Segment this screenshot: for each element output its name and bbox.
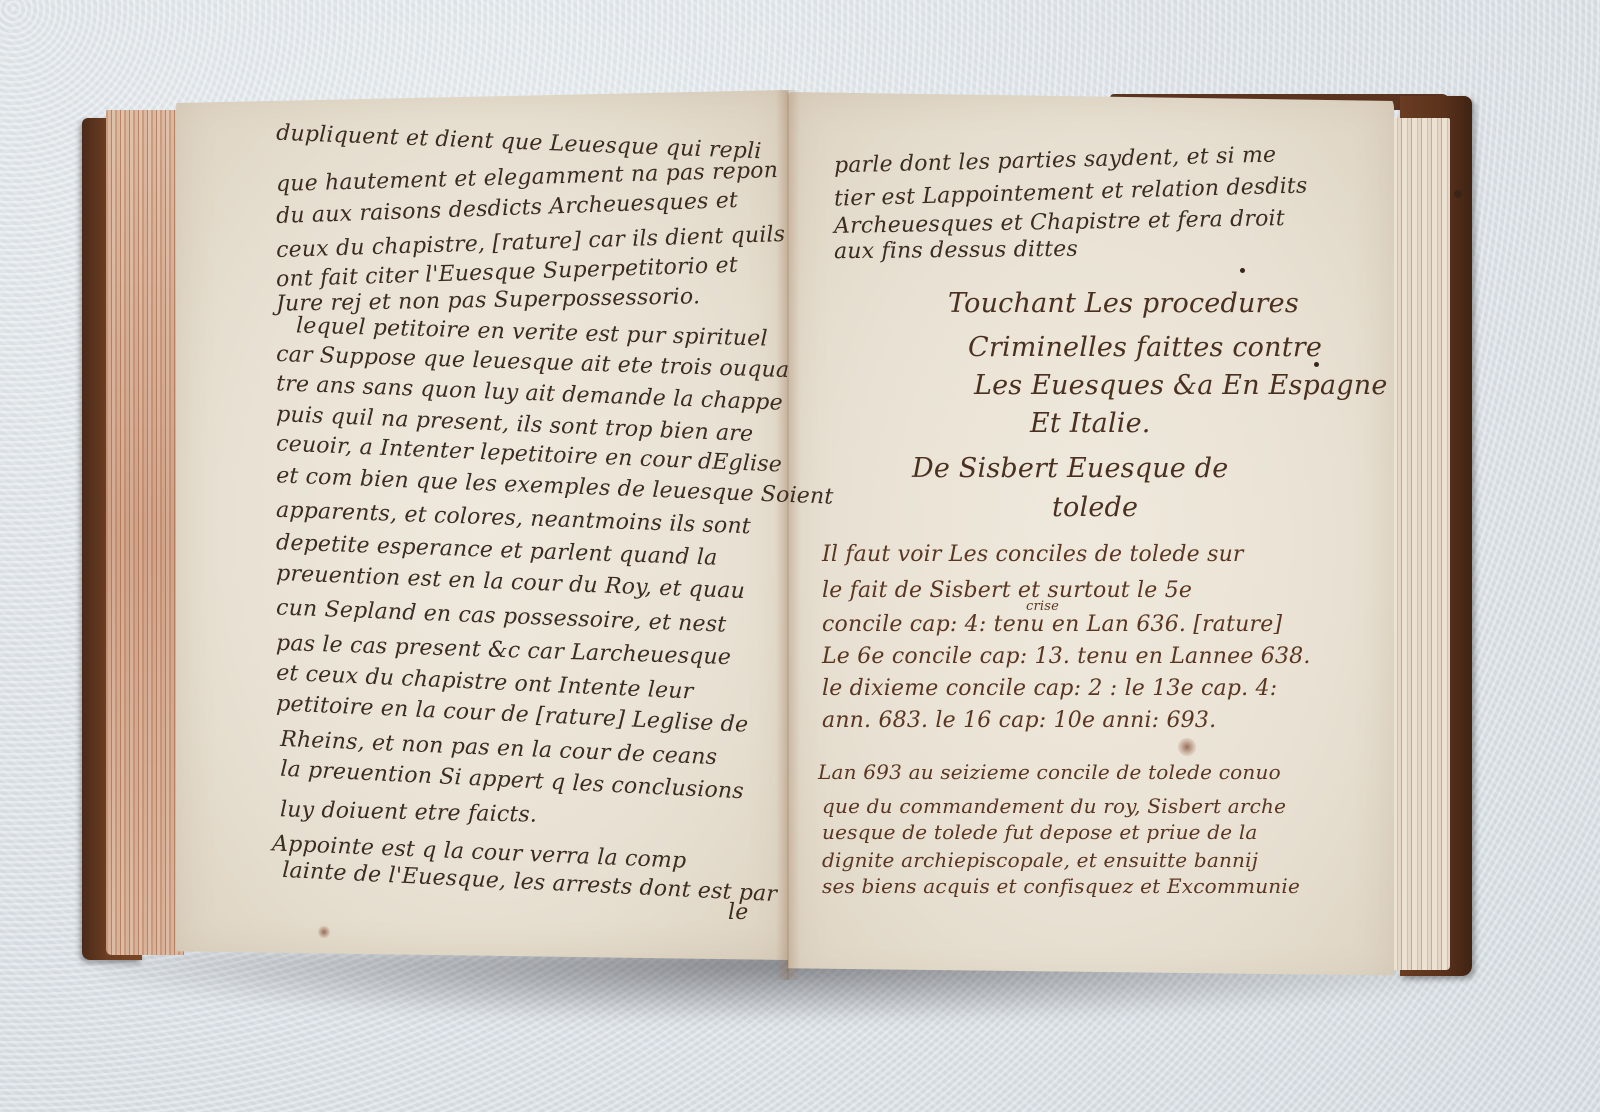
heading-line-2: Criminelles faittes contre [968, 334, 1322, 361]
p1-line-5: le dixieme concile cap: 2 : le 13e cap. … [822, 678, 1277, 700]
left-catchword: le [728, 902, 748, 924]
p1-line-3: concile cap: 4: tenu en Lan 636. [rature… [822, 614, 1282, 636]
right-opening-line-4: aux fins dessus dittes [834, 239, 1078, 264]
p1-line-1: Il faut voir Les conciles de tolede sur [822, 544, 1244, 566]
page-block-edge-right [1388, 118, 1450, 970]
heading-line-5: De Sisbert Euesque de [912, 455, 1228, 482]
wormhole [1454, 190, 1462, 198]
heading-line-3: Les Euesques &a En Espagne [974, 372, 1388, 399]
p2-line-2: que du commandement du roy, Sisbert arch… [822, 796, 1286, 816]
heading-line-6: tolede [1052, 494, 1138, 521]
left-line-22: luy doiuent etre faicts. [280, 799, 538, 826]
page-block-edge-left [106, 110, 184, 955]
p1-line-2: le fait de Sisbert et surtout le 5e [822, 580, 1192, 602]
p2-line-1: Lan 693 au seizieme concile de tolede co… [818, 762, 1281, 782]
ink-blot [1314, 362, 1319, 367]
p2-line-3: uesque de tolede fut depose et priue de … [822, 822, 1258, 842]
paper-stain [318, 926, 330, 938]
p1-line-4: Le 6e concile cap: 13. tenu en Lannee 63… [822, 646, 1311, 668]
p1-line-6: ann. 683. le 16 cap: 10e anni: 693. [822, 710, 1216, 732]
paper-stain [1178, 738, 1196, 756]
ink-blot [1240, 268, 1245, 273]
heading-line-1: Touchant Les procedures [948, 290, 1299, 317]
interlinear-note: crise [1026, 600, 1059, 613]
heading-line-4: Et Italie. [1030, 410, 1151, 437]
p2-line-5: ses biens acquis et confisquez et Excomm… [822, 876, 1300, 896]
p2-line-4: dignite archiepiscopale, et ensuitte ban… [822, 850, 1258, 870]
